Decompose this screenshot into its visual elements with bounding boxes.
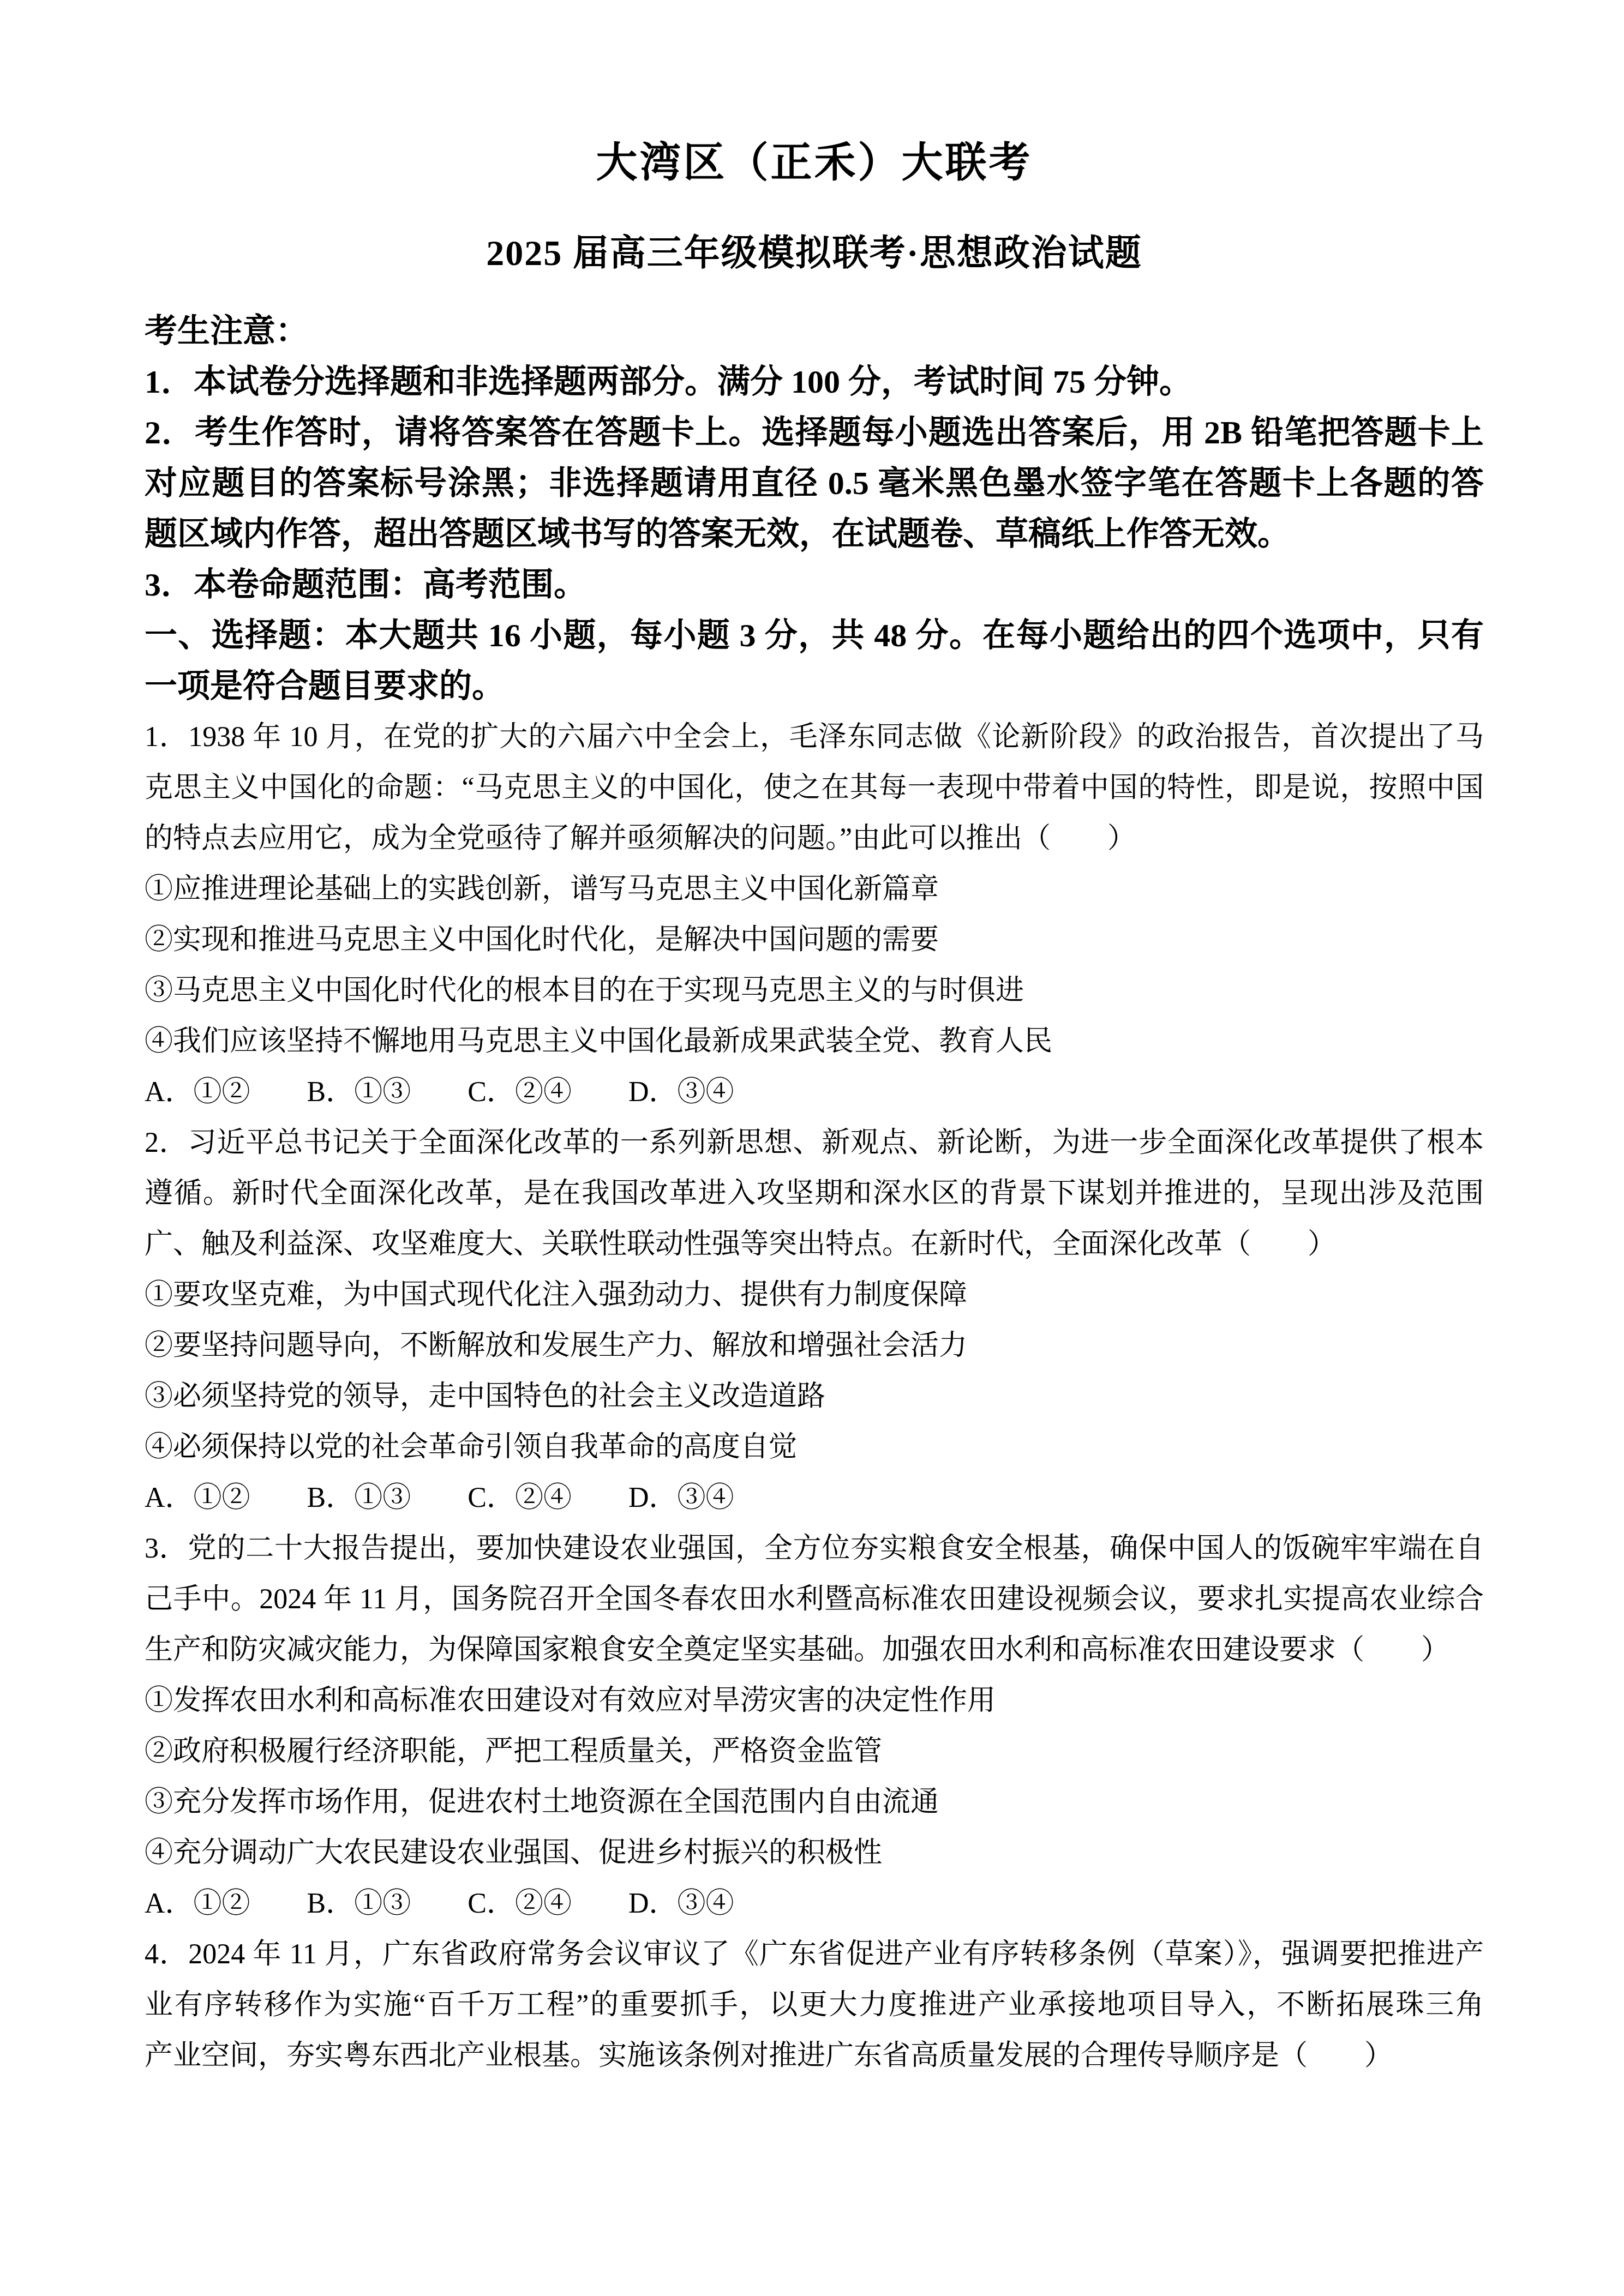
notice-item-2-line: 题区域内作答，超出答题区域书写的答案无效，在试题卷、草稿纸上作答无效。 <box>145 509 1484 560</box>
exam-title: 大湾区（正禾）大联考 <box>145 137 1484 189</box>
question-2-option-3: ③必须坚持党的领导，走中国特色的社会主义改造道路 <box>145 1371 1484 1422</box>
question-1-stem-line: 1．1938 年 10 月，在党的扩大的六届六中全会上，毛泽东同志做《论新阶段》… <box>145 712 1484 762</box>
section-heading-line: 一、选择题：本大题共 16 小题，每小题 3 分，共 48 分。在每小题给出的四… <box>145 610 1484 661</box>
question-2-stem-line: 遵循。新时代全面深化改革，是在我国改革进入攻坚期和深水区的背景下谋划并推进的，呈… <box>145 1168 1484 1219</box>
question-2-option-4: ④必须保持以党的社会革命引领自我革命的高度自觉 <box>145 1422 1484 1472</box>
question-4-stem-line: 4．2024 年 11 月，广东省政府常务会议审议了《广东省促进产业有序转移条例… <box>145 1929 1484 1980</box>
questions: 1．1938 年 10 月，在党的扩大的六届六中全会上，毛泽东同志做《论新阶段》… <box>145 712 1484 2081</box>
section-heading-line: 一项是符合题目要求的。 <box>145 661 1484 712</box>
question-1-option-3: ③马克思主义中国化时代化的根本目的在于实现马克思主义的与时俱进 <box>145 965 1484 1016</box>
exam-page: 大湾区（正禾）大联考 2025 届高三年级模拟联考·思想政治试题 考生注意： 1… <box>0 0 1624 2296</box>
question-3-stem-line: 3．党的二十大报告提出，要加快建设农业强国，全方位夯实粮食安全根基，确保中国人的… <box>145 1523 1484 1574</box>
section-heading: 一、选择题：本大题共 16 小题，每小题 3 分，共 48 分。在每小题给出的四… <box>145 610 1484 712</box>
question-3-option-2: ②政府积极履行经济职能，严把工程质量关，严格资金监管 <box>145 1726 1484 1777</box>
question-3-stem-line: 生产和防灾减灾能力，为保障国家粮食安全奠定坚实基础。加强农田水利和高标准农田建设… <box>145 1625 1484 1675</box>
question-4-stem-line: 业有序转移作为实施“百千万工程”的重要抓手，以更大力度推进产业承接地项目导入，不… <box>145 1980 1484 2030</box>
question-2-choices-row: A．①② B．①③ C．②④ D．③④ <box>145 1472 1484 1523</box>
question-2-option-1: ①要攻坚克难，为中国式现代化注入强劲动力、提供有力制度保障 <box>145 1270 1484 1320</box>
exam-subtitle: 2025 届高三年级模拟联考·思想政治试题 <box>145 235 1484 273</box>
question-1-option-4: ④我们应该坚持不懈地用马克思主义中国化最新成果武装全党、教育人民 <box>145 1016 1484 1067</box>
notice-item-2-line: 对应题目的答案标号涂黑；非选择题请用直径 0.5 毫米黑色墨水签字笔在答题卡上各… <box>145 458 1484 509</box>
notice-item-2-line: 2．考生作答时，请将答案答在答题卡上。选择题每小题选出答案后，用 2B 铅笔把答… <box>145 407 1484 458</box>
question-3-option-4: ④充分调动广大农民建设农业强国、促进乡村振兴的积极性 <box>145 1828 1484 1878</box>
question-4-stem-line: 产业空间，夯实粤东西北产业根基。实施该条例对推进广东省高质量发展的合理传导顺序是… <box>145 2030 1484 2081</box>
question-1-option-1: ①应推进理论基础上的实践创新，谱写马克思主义中国化新篇章 <box>145 864 1484 915</box>
question-3-option-1: ①发挥农田水利和高标准农田建设对有效应对旱涝灾害的决定性作用 <box>145 1675 1484 1726</box>
exam-header: 大湾区（正禾）大联考 2025 届高三年级模拟联考·思想政治试题 <box>145 137 1484 273</box>
question-1: 1．1938 年 10 月，在党的扩大的六届六中全会上，毛泽东同志做《论新阶段》… <box>145 712 1484 1117</box>
question-2-stem-line: 2．习近平总书记关于全面深化改革的一系列新思想、新观点、新论断，为进一步全面深化… <box>145 1117 1484 1168</box>
question-1-stem-line: 的特点去应用它，成为全党亟待了解并亟须解决的问题。”由此可以推出（ ） <box>145 813 1484 864</box>
notice-items: 1．本试卷分选择题和非选择题两部分。满分 100 分，考试时间 75 分钟。2．… <box>145 357 1484 610</box>
question-2-stem-line: 广、触及利益深、攻坚难度大、关联性联动性强等突出特点。在新时代，全面深化改革（ … <box>145 1219 1484 1270</box>
question-1-option-2: ②实现和推进马克思主义中国化时代化，是解决中国问题的需要 <box>145 915 1484 965</box>
notice-item-1-line: 1．本试卷分选择题和非选择题两部分。满分 100 分，考试时间 75 分钟。 <box>145 357 1484 407</box>
question-2-option-2: ②要坚持问题导向，不断解放和发展生产力、解放和增强社会活力 <box>145 1320 1484 1371</box>
question-3-choices-row: A．①② B．①③ C．②④ D．③④ <box>145 1878 1484 1929</box>
question-3: 3．党的二十大报告提出，要加快建设农业强国，全方位夯实粮食安全根基，确保中国人的… <box>145 1523 1484 1929</box>
question-4: 4．2024 年 11 月，广东省政府常务会议审议了《广东省促进产业有序转移条例… <box>145 1929 1484 2081</box>
question-2: 2．习近平总书记关于全面深化改革的一系列新思想、新观点、新论断，为进一步全面深化… <box>145 1117 1484 1523</box>
notice-heading: 考生注意： <box>145 306 1484 357</box>
question-3-stem-line: 己手中。2024 年 11 月，国务院召开全国冬春农田水利暨高标准农田建设视频会… <box>145 1574 1484 1625</box>
notice-item-3-line: 3．本卷命题范围：高考范围。 <box>145 560 1484 610</box>
question-1-choices-row: A．①② B．①③ C．②④ D．③④ <box>145 1067 1484 1117</box>
question-3-option-3: ③充分发挥市场作用，促进农村土地资源在全国范围内自由流通 <box>145 1777 1484 1828</box>
question-1-stem-line: 克思主义中国化的命题：“马克思主义的中国化，使之在其每一表现中带着中国的特性，即… <box>145 762 1484 813</box>
